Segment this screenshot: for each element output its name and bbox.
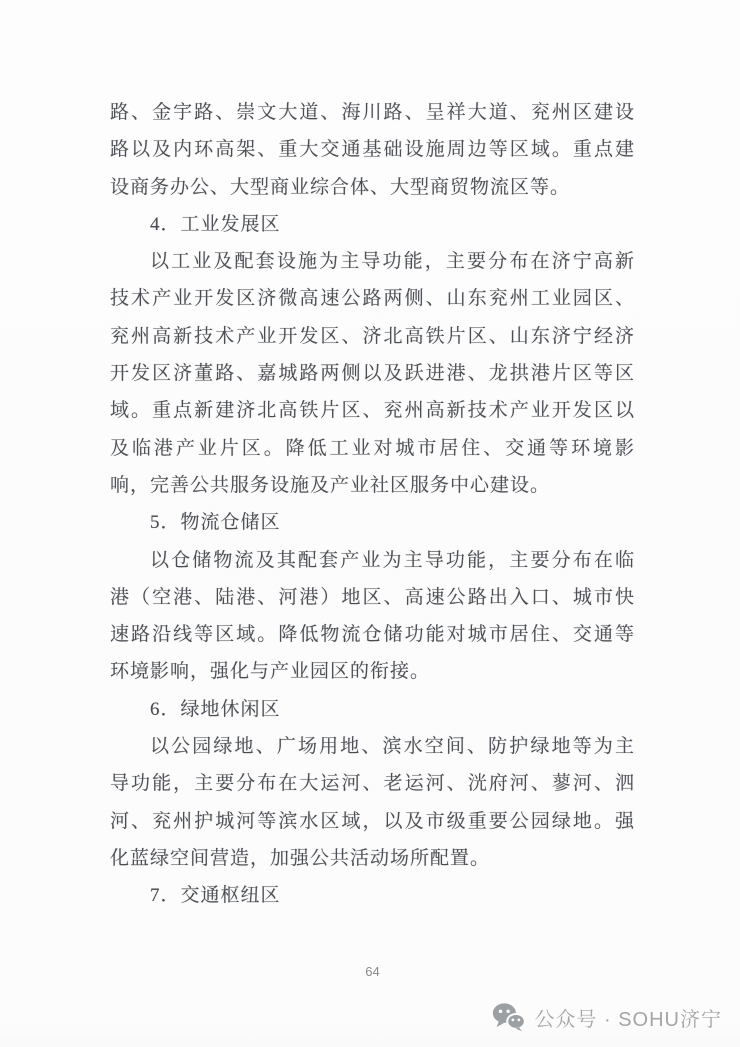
heading-transport-hub-zone: 7．交通枢纽区 — [110, 877, 635, 914]
text-line: 兖州高新技术产业开发区、济北高铁片区、山东济宁经济 — [110, 318, 635, 355]
text-line: 以仓储物流及其配套产业为主导功能，主要分布在临 — [110, 542, 635, 579]
document-page: 路、金宇路、崇文大道、海川路、呈祥大道、兖州区建设路以及内环高架、重大交通基础设… — [0, 0, 740, 1047]
text-line: 技术产业开发区济微高速公路两侧、山东兖州工业园区、 — [110, 280, 635, 317]
text-line: 以公园绿地、广场用地、滨水空间、防护绿地等为主 — [110, 728, 635, 765]
text-line: 域。重点新建济北高铁片区、兖州高新技术产业开发区以 — [110, 392, 635, 429]
wechat-icon — [492, 1002, 525, 1032]
page-number: 64 — [110, 964, 635, 979]
watermark-footer: 公众号 · SOHU济宁 — [492, 1001, 722, 1033]
text-line: 以工业及配套设施为主导功能，主要分布在济宁高新 — [110, 243, 635, 280]
text-line: 港（空港、陆港、河港）地区、高速公路出入口、城市快 — [110, 579, 635, 616]
text-line: 环境影响，强化与产业园区的衔接。 — [110, 653, 635, 690]
text-line: 化蓝绿空间营造，加强公共活动场所配置。 — [110, 840, 635, 877]
text-line: 及临港产业片区。降低工业对城市居住、交通等环境影 — [110, 430, 635, 467]
text-line: 路、金宇路、崇文大道、海川路、呈祥大道、兖州区建设 — [110, 94, 635, 131]
document-text-block: 路、金宇路、崇文大道、海川路、呈祥大道、兖州区建设路以及内环高架、重大交通基础设… — [110, 94, 635, 915]
heading-green-leisure-zone: 6．绿地休闲区 — [110, 691, 635, 728]
text-line: 路以及内环高架、重大交通基础设施周边等区域。重点建 — [110, 131, 635, 168]
heading-logistics-warehouse-zone: 5．物流仓储区 — [110, 504, 635, 541]
text-line: 速路沿线等区域。降低物流仓储功能对城市居住、交通等 — [110, 616, 635, 653]
text-line: 开发区济董路、嘉城路两侧以及跃进港、龙拱港片区等区 — [110, 355, 635, 392]
heading-industrial-zone: 4．工业发展区 — [110, 206, 635, 243]
text-line: 设商务办公、大型商业综合体、大型商贸物流区等。 — [110, 169, 635, 206]
text-line: 导功能，主要分布在大运河、老运河、洸府河、蓼河、泗 — [110, 765, 635, 802]
watermark-label: 公众号 · SOHU济宁 — [534, 1003, 722, 1032]
text-line: 响，完善公共服务设施及产业社区服务中心建设。 — [110, 467, 635, 504]
text-line: 河、兖州护城河等滨水区域，以及市级重要公园绿地。强 — [110, 803, 635, 840]
